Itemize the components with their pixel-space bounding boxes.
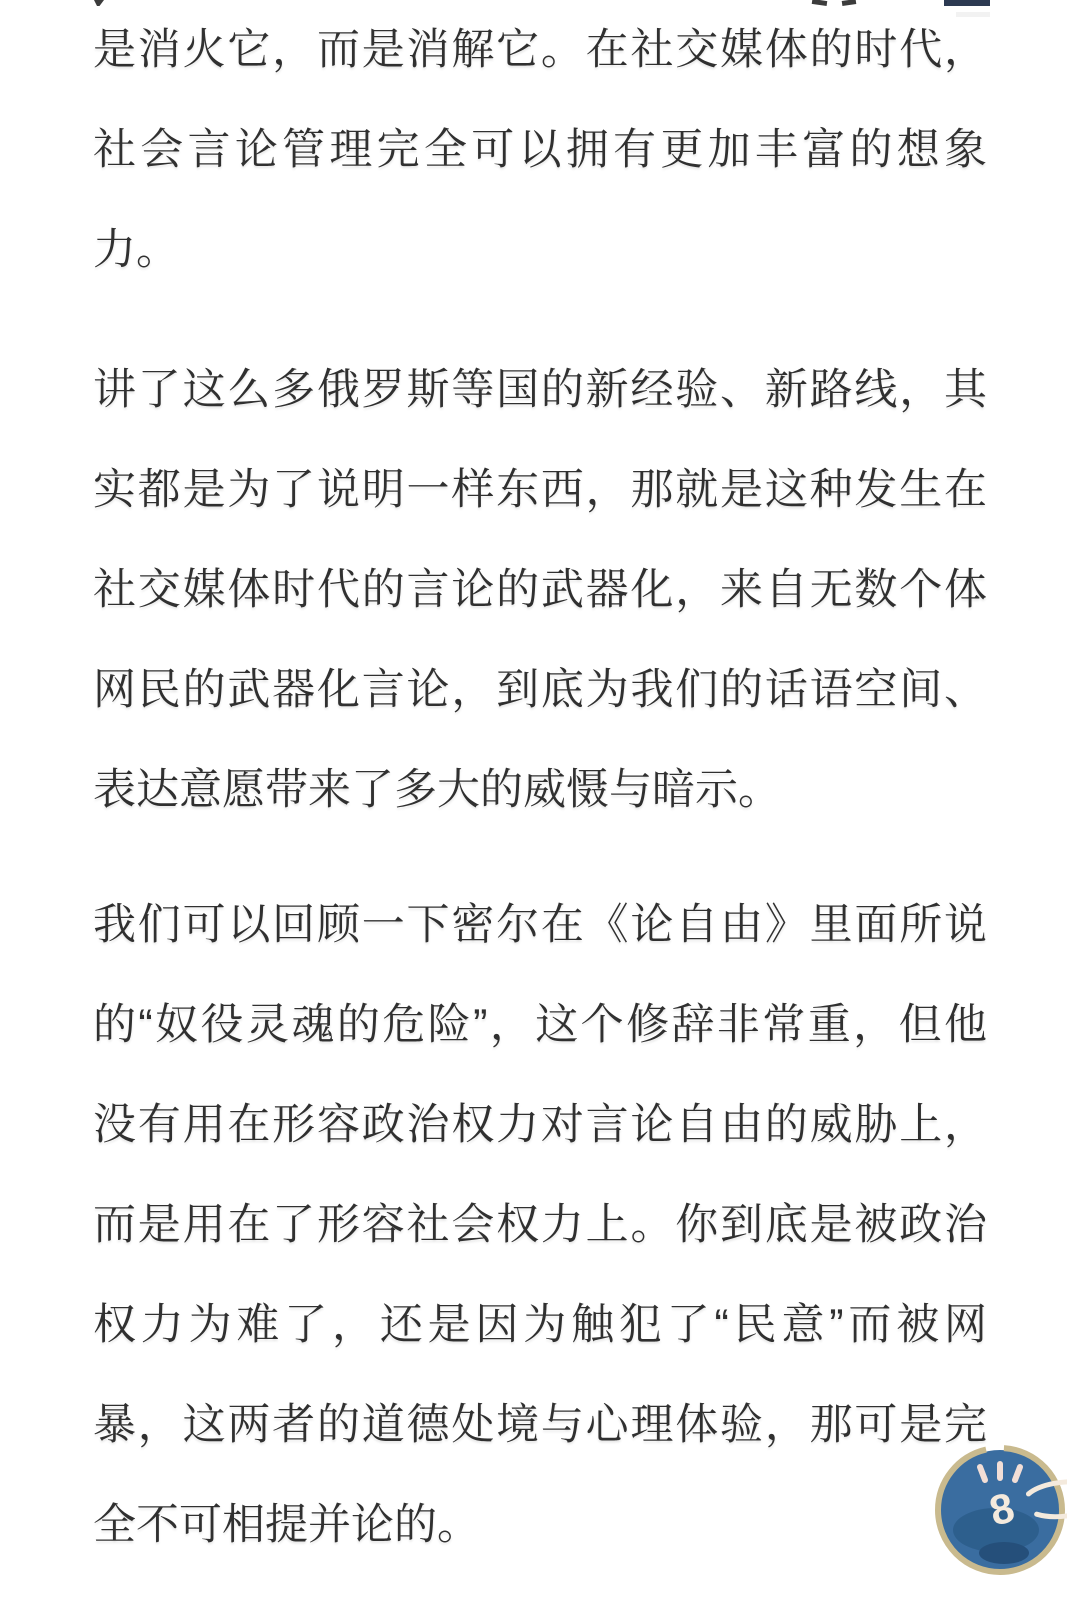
text-line: 我们可以回顾一下密尔在《论自由》里面所说 bbox=[93, 875, 987, 975]
text-line: 全不可相提并论的。 bbox=[93, 1475, 987, 1575]
text-line: 的“奴役灵魂的危险”，这个修辞非常重，但他 bbox=[93, 975, 987, 1075]
paragraph: 我们可以回顾一下密尔在《论自由》里面所说 的“奴役灵魂的危险”，这个修辞非常重，… bbox=[93, 875, 987, 1575]
text-line: 而是用在了形容社会权力上。你到底是被政治 bbox=[93, 1175, 987, 1275]
logo-base-shadow bbox=[979, 1542, 1029, 1564]
text-line: 没有用在形容政治权力对言论自由的威胁上， bbox=[93, 1075, 987, 1175]
text-line: 是消火它，而是消解它。在社交媒体的时代， bbox=[93, 0, 987, 100]
text-line: 讲了这么多俄罗斯等国的新经验、新路线，其 bbox=[93, 340, 987, 440]
text-line: 网民的武器化言论，到底为我们的话语空间、 bbox=[93, 640, 987, 740]
paragraph: 是消火它，而是消解它。在社交媒体的时代， 社会言论管理完全可以拥有更加丰富的想象… bbox=[93, 0, 987, 300]
text-line: 暴，这两者的道德处境与心理体验，那可是完 bbox=[93, 1375, 987, 1475]
text-line: 社交媒体时代的言论的武器化，来自无数个体 bbox=[93, 540, 987, 640]
text-line: 权力为难了，还是因为触犯了“民意”而被网 bbox=[93, 1275, 987, 1375]
brand-logo: 8 bbox=[933, 1443, 1067, 1577]
text-line: 力。 bbox=[93, 200, 987, 300]
paragraph: 讲了这么多俄罗斯等国的新经验、新路线，其 实都是为了说明一样东西，那就是这种发生… bbox=[93, 340, 987, 840]
text-line: 社会言论管理完全可以拥有更加丰富的想象 bbox=[93, 100, 987, 200]
text-line: 实都是为了说明一样东西，那就是这种发生在 bbox=[93, 440, 987, 540]
article-text: 是消火它，而是消解它。在社交媒体的时代， 社会言论管理完全可以拥有更加丰富的想象… bbox=[93, 0, 987, 1575]
steaming-bowl-eight-icon: 8 bbox=[933, 1443, 1067, 1577]
text-line: 表达意愿带来了多大的威慑与暗示。 bbox=[93, 740, 987, 840]
